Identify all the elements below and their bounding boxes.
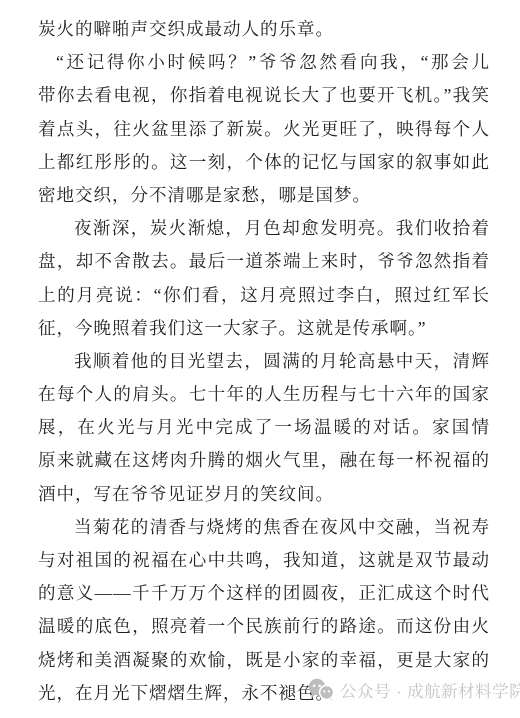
text-line: 夜渐深，炭火渐熄，月色却愈发明亮。我们收拾着杯 bbox=[38, 212, 490, 245]
text-line: 征，今晚照着我们这一大家子。这就是传承啊。” bbox=[38, 312, 490, 345]
document-page: 炭火的噼啪声交织成最动人的乐章。“还记得你小时候吗？”爷爷忽然看向我，“那会儿带… bbox=[0, 0, 520, 718]
text-line: 在每个人的肩头。七十年的人生历程与七十六年的国家发 bbox=[38, 378, 490, 411]
text-line: 上都红彤彤的。这一刻，个体的记忆与国家的叙事如此紧 bbox=[38, 146, 490, 179]
text-line: 的意义——千千万万个这样的团圆夜，正汇成这个时代最 bbox=[38, 577, 490, 610]
text-line: 密地交织，分不清哪是家愁，哪是国梦。 bbox=[38, 179, 490, 212]
text-line: 带你去看电视，你指着电视说长大了也要开飞机。”我笑 bbox=[38, 79, 490, 112]
text-line: 原来就藏在这烤肉升腾的烟火气里，融在每一杯祝福的美 bbox=[38, 444, 490, 477]
text-line: 温暖的底色，照亮着一个民族前行的路途。而这份由火盆 bbox=[38, 610, 490, 643]
text-line: 光，在月光下熠熠生辉，永不褪色。 bbox=[38, 677, 490, 710]
document-text: 炭火的噼啪声交织成最动人的乐章。“还记得你小时候吗？”爷爷忽然看向我，“那会儿带… bbox=[38, 13, 490, 710]
text-line: 与对祖国的祝福在心中共鸣，我知道，这就是双节最动人 bbox=[38, 544, 490, 577]
text-line: 烧烤和美酒凝聚的欢愉，既是小家的幸福，更是大家的荣 bbox=[38, 644, 490, 677]
text-line: 炭火的噼啪声交织成最动人的乐章。 bbox=[38, 13, 490, 46]
text-line: 上的月亮说：“你们看，这月亮照过李白，照过红军长 bbox=[38, 279, 490, 312]
text-line: 展，在火光与月光中完成了一场温暖的对话。家国情怀， bbox=[38, 411, 490, 444]
text-line: 酒中，写在爷爷见证岁月的笑纹间。 bbox=[38, 478, 490, 511]
text-line: 盘，却不舍散去。最后一道茶端上来时，爷爷忽然指着天 bbox=[38, 245, 490, 278]
text-line: “还记得你小时候吗？”爷爷忽然看向我，“那会儿 bbox=[38, 46, 490, 79]
text-line: 当菊花的清香与烧烤的焦香在夜风中交融，当祝寿歌 bbox=[38, 511, 490, 544]
text-line: 着点头，往火盆里添了新炭。火光更旺了，映得每个人脸 bbox=[38, 113, 490, 146]
text-line: 我顺着他的目光望去，圆满的月轮高悬中天，清辉洒 bbox=[38, 345, 490, 378]
